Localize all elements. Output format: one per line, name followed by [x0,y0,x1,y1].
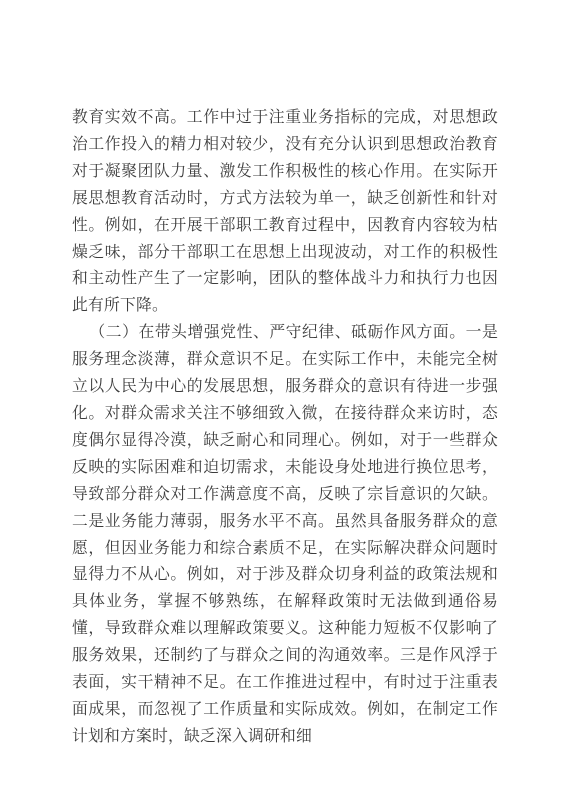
document-page: 教育实效不高。工作中过于注重业务指标的完成，对思想政治工作投入的精力相对较少，没… [0,0,570,807]
paragraph-continuation: 教育实效不高。工作中过于注重业务指标的完成，对思想政治工作投入的精力相对较少，没… [72,105,498,320]
paragraph-section-two: （二）在带头增强党性、严守纪律、砥砺作风方面。一是服务理念淡薄，群众意识不足。在… [72,320,498,751]
